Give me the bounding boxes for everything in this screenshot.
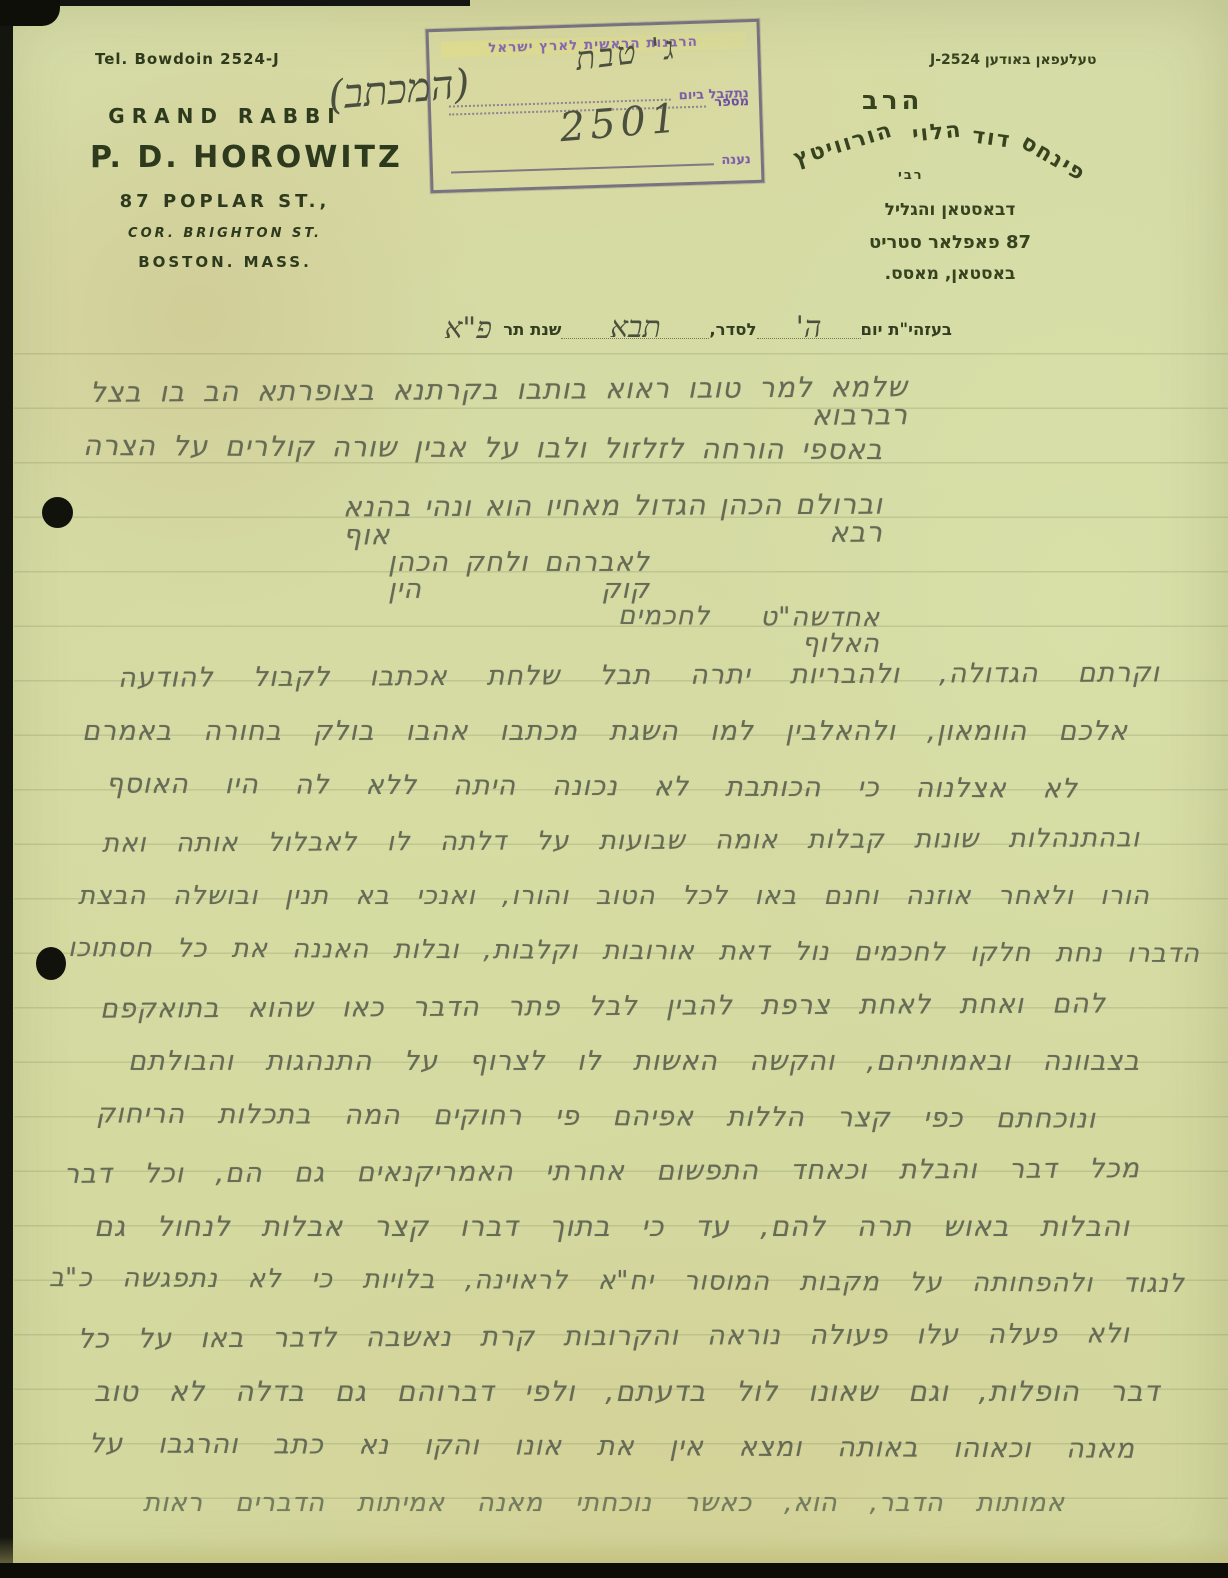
address-street: 87 POPLAR ST., — [90, 191, 360, 212]
handwritten-stamp-date: ג' טבת — [574, 28, 680, 78]
stamp-number-label: מספר — [714, 94, 749, 110]
letterhead-left: GRAND RABBI P. D. HOROWITZ 87 POPLAR ST.… — [90, 104, 360, 271]
body-line: לא אצלנוה כי הכותבת לא נכונה היתה ללא לה… — [106, 770, 1078, 802]
telephone-line-english: Tel. Bowdoin 2524-J — [95, 50, 280, 68]
hole-punch — [42, 497, 73, 528]
hole-punch — [36, 947, 66, 980]
body-line: דבר הופלות, וגם שאונו לול בדעתם, ולפי דב… — [94, 1378, 1160, 1406]
body-line: ובהתנהלות שונות קבלות אומה שבועות על דלת… — [102, 825, 1140, 856]
body-line: לאברהם ולחק הכהן קוק הין — [388, 549, 650, 603]
stamp-answered-label: נענה — [721, 152, 751, 168]
arc-name-word-3: הלוי — [911, 117, 964, 147]
handwritten-day: ה' — [757, 318, 861, 339]
scan-edge-bottom — [0, 1563, 1228, 1578]
date-line: בעזהי"ת יום ה' לסדר, תבא שנת תר פ"א — [328, 318, 952, 339]
body-line: באספי הורחה לזלזול ולבו על אבין שורה קול… — [83, 432, 883, 464]
telephone-line-yiddish: טעלעפאן באודען 2524-J — [930, 52, 1130, 68]
handwritten-parsha: תבא — [561, 318, 709, 339]
body-line: אלכם הוומאון, ולהאלבין למו השגת מכתבו אה… — [82, 718, 1128, 745]
rebbe-subtitle: רבי — [898, 168, 924, 183]
body-line: בצבוונה ובאמותיהם, והקשה האשות לו לצרוף … — [128, 1048, 1140, 1075]
body-line: ונוכחתם כפי קצר הללות אפיהם פי רחוקים המ… — [96, 1100, 1096, 1132]
rabbi-name-english: P. D. HOROWITZ — [90, 140, 360, 175]
body-line: והבלות באוש תרה להם, עד כי בתוך דברו קצר… — [94, 1213, 1130, 1241]
body-line: וקרתם הגדולה, ולהבריות יתרה תבל שלחת אכת… — [118, 659, 1160, 691]
body-line: מכל דבר והבלת וכאחד התפשום אחרתי האמריקנ… — [64, 1155, 1140, 1188]
hebrew-address-region: דבאסטאן והגליל — [840, 200, 1060, 220]
body-line: שלמא למר טובו ראוא בותבו בקרתנא בצופרתא … — [90, 373, 908, 435]
body-line: להם ואחת לאחת צרפת להבין לבל פתר הדבר כא… — [100, 990, 1106, 1022]
grand-rabbi-title: GRAND RABBI — [90, 104, 360, 128]
scan-edge-top — [0, 0, 470, 6]
hebrew-address-city: באסטאן, מאסס. — [840, 264, 1060, 284]
harav-title: הרב — [862, 86, 923, 116]
body-line: הדברו נחת חלקו לחכמים נול דאת אורובות וק… — [68, 935, 1200, 967]
scan-edge-left — [0, 0, 13, 1578]
body-line: ולא פעלה עלו פעולה נוראה והקרובות קרת נא… — [78, 1320, 1130, 1353]
body-line: אמותות הדבר, הוא, כאשר נוכחתי מאנה אמיתו… — [143, 1490, 1065, 1516]
arc-name-word-4: הורוויטץ — [791, 117, 897, 171]
paper-bottom-shadow — [0, 1537, 1228, 1563]
body-line: לנגוד ולהפחותה על מקבות המוסור יח"א לראו… — [49, 1265, 1185, 1297]
handwritten-stamp-number: 2501 — [558, 95, 683, 151]
address-city: BOSTON. MASS. — [90, 253, 360, 271]
body-line: מאנה וכאוהו באותה ומצא אין את אונו והקו … — [89, 1430, 1135, 1462]
arc-name-word-2: דוד — [970, 123, 1013, 153]
body-line: הורו ולאחר אוזנה וחנם באו לכל הטוב והורו… — [78, 883, 1150, 909]
stamp-field-answered: נענה — [447, 152, 751, 177]
paper-ruling-lines — [14, 300, 1228, 1552]
parsha-label: לסדר, — [709, 320, 756, 339]
rabbinate-stamp: הרבנות הראשית לארץ ישראל נתקבל ביום מספר… — [426, 19, 765, 193]
body-line: וברולם הכהן הגדול מאחיו הוא ונהי בהנא רב… — [343, 491, 883, 550]
letter-scan-page: Tel. Bowdoin 2524-J GRAND RABBI P. D. HO… — [0, 0, 1228, 1578]
year-label: שנת תר — [503, 320, 561, 339]
handwritten-year: פ"א — [433, 319, 503, 339]
stamp-answered-line — [451, 163, 714, 173]
address-corner: COR. BRIGHTON ST. — [90, 226, 360, 241]
body-line: אחדשה"ט לחכמים האלוף — [618, 603, 880, 657]
date-prefix: בעזהי"ת יום — [861, 320, 952, 339]
scan-corner-artifact — [0, 0, 60, 26]
hebrew-address-street: 87 פאפלאר סטריט — [840, 232, 1060, 253]
arc-name-word-1: פינחס — [1017, 130, 1091, 187]
